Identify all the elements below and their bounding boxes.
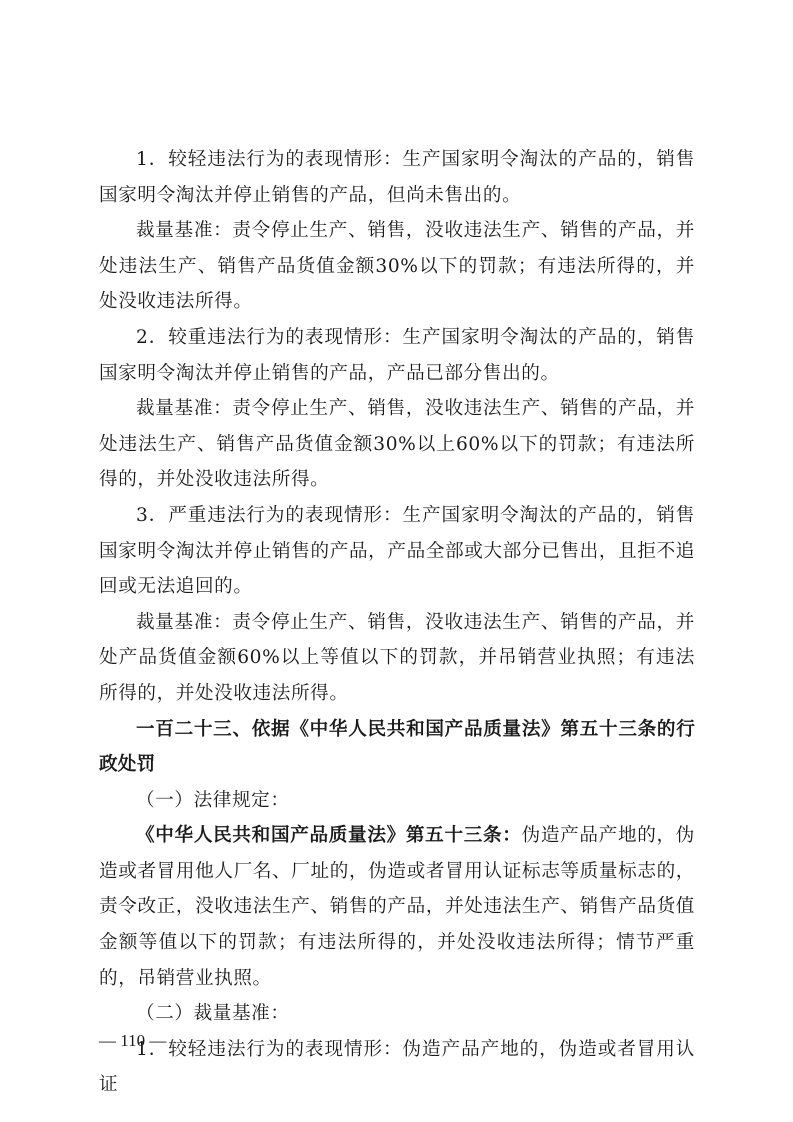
discretion-heading: （二）裁量基准：	[99, 996, 695, 1032]
section-heading: 一百二十三、依据《中华人民共和国产品质量法》第五十三条的行政处罚	[99, 712, 695, 783]
legal-provision-paragraph: 《中华人民共和国产品质量法》第五十三条：伪造产品产地的，伪造或者冒用他人厂名、厂…	[99, 818, 695, 996]
legal-provision-text: 伪造产品产地的，伪造或者冒用他人厂名、厂址的，伪造或者冒用认证标志等质量标志的，…	[99, 825, 695, 988]
document-body: 1．较轻违法行为的表现情形：生产国家明令淘汰的产品的，销售国家明令淘汰并停止销售…	[99, 142, 695, 1103]
paragraph-minor-standard: 裁量基准：责令停止生产、销售，没收违法生产、销售的产品，并处违法生产、销售产品货…	[99, 213, 695, 320]
legal-provision-heading: （一）法律规定：	[99, 783, 695, 819]
paragraph-minor-violation: 1．较轻违法行为的表现情形：生产国家明令淘汰的产品的，销售国家明令淘汰并停止销售…	[99, 142, 695, 213]
discretion-item-minor: 1．较轻违法行为的表现情形：伪造产品产地的，伪造或者冒用认证	[99, 1032, 695, 1103]
paragraph-severe-standard: 裁量基准：责令停止生产、销售，没收违法生产、销售的产品，并处产品货值金额60%以…	[99, 605, 695, 712]
paragraph-severe-violation: 3．严重违法行为的表现情形：生产国家明令淘汰的产品的，销售国家明令淘汰并停止销售…	[99, 498, 695, 605]
paragraph-serious-violation: 2．较重违法行为的表现情形：生产国家明令淘汰的产品的，销售国家明令淘汰并停止销售…	[99, 320, 695, 391]
page-number: — 110 —	[99, 1031, 166, 1051]
paragraph-serious-standard: 裁量基准：责令停止生产、销售，没收违法生产、销售的产品，并处违法生产、销售产品货…	[99, 391, 695, 498]
legal-citation: 《中华人民共和国产品质量法》第五十三条：	[136, 825, 522, 846]
